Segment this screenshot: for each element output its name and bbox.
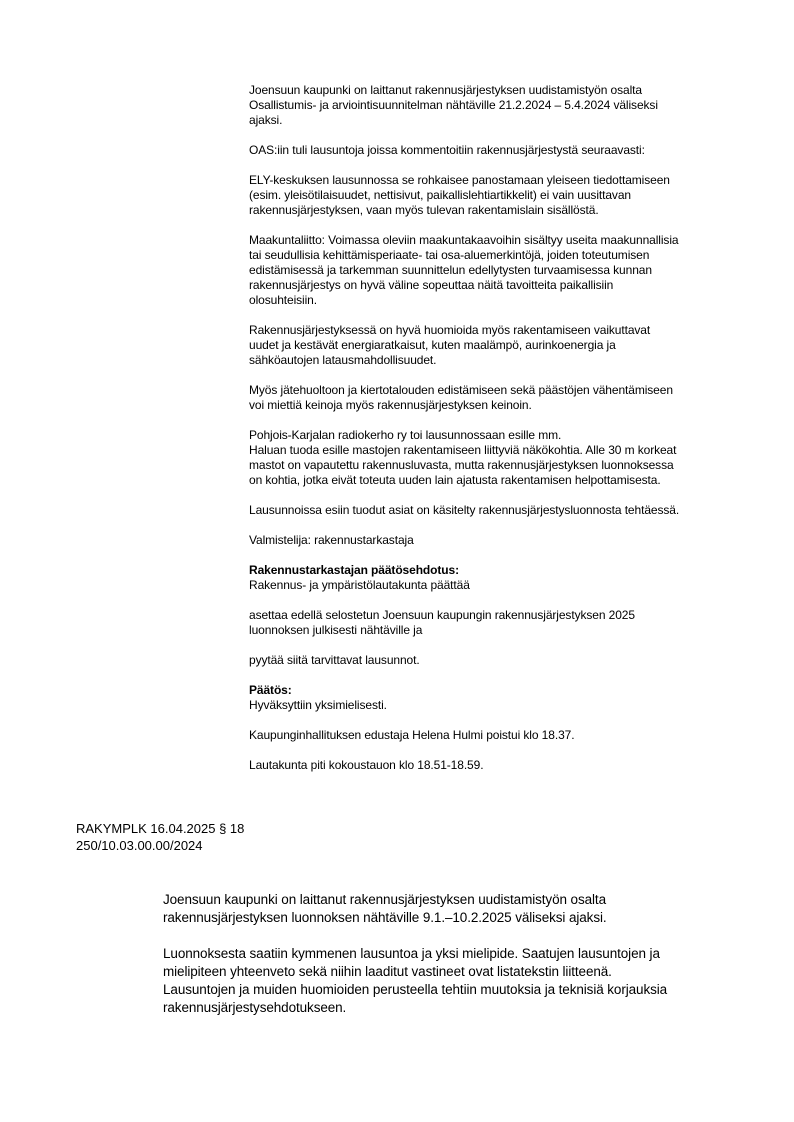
decision-block: Päätös: Hyväksyttiin yksimielisesti. [249,683,749,713]
proposal-item-2: pyytää siitä tarvittavat lausunnot. [249,653,749,668]
text-line: rakennusjärjestyksen luonnoksen nähtävil… [163,909,733,927]
text-line: Joensuun kaupunki on laittanut rakennusj… [163,891,733,909]
radio-club-paragraph: Pohjois-Karjalan radiokerho ry toi lausu… [249,428,749,488]
intro-paragraph: Joensuun kaupunki on laittanut rakennusj… [249,83,749,128]
proposal-item-1: asettaa edellä selostetun Joensuun kaupu… [249,608,749,638]
waste-paragraph: Myös jätehuoltoon ja kiertotalouden edis… [249,383,749,413]
case-number: 250/10.03.00.00/2024 [76,837,244,854]
text-line: Kaupunginhallituksen edustaja Helena Hul… [249,728,749,743]
text-line: voi miettiä keinoja myös rakennusjärjest… [249,398,749,413]
oas-intro-paragraph: OAS:iin tuli lausuntoja joissa kommentoi… [249,143,749,158]
handled-paragraph: Lausunnoissa esiin tuodut asiat on käsit… [249,503,749,518]
decision-text: Hyväksyttiin yksimielisesti. [249,698,749,713]
text-line: Rakennusjärjestyksessä on hyvä huomioida… [249,323,749,338]
text-line: ELY-keskuksen lausunnossa se rohkaisee p… [249,173,749,188]
text-line: OAS:iin tuli lausuntoja joissa kommentoi… [249,143,749,158]
proposal-block: Rakennustarkastajan päätösehdotus: Raken… [249,563,749,593]
text-line: Valmistelija: rakennustarkastaja [249,533,749,548]
text-line: rakennusjärjestys on hyvä väline sopeutt… [249,278,749,293]
text-line: pyytää siitä tarvittavat lausunnot. [249,653,749,668]
text-line: olosuhteisiin. [249,293,749,308]
proposal-heading: Rakennustarkastajan päätösehdotus: [249,563,749,578]
text-line: rakennusjärjestysehdotukseen. [163,999,733,1017]
text-line: Lausunnoissa esiin tuodut asiat on käsit… [249,503,749,518]
text-line: mastot on vapautettu rakennusluvasta, mu… [249,458,749,473]
current-meeting-section: Joensuun kaupunki on laittanut rakennusj… [163,891,733,1035]
text-line: Maakuntaliitto: Voimassa oleviin maakunt… [249,233,749,248]
text-line: on kohtia, jotka eivät toteuta uuden lai… [249,473,749,488]
text-line: tai seudullisia kehittämisperiaate- tai … [249,248,749,263]
text-line: rakennusjärjestyksen, vaan myös tulevan … [249,203,749,218]
text-line: Pohjois-Karjalan radiokerho ry toi lausu… [249,428,749,443]
text-line: mielipiteen yhteenveto sekä niihin laadi… [163,963,733,981]
text-line: edistämisessä ja tarkemman suunnittelun … [249,263,749,278]
text-line: uudet ja kestävät energiaratkaisut, kute… [249,338,749,353]
text-line: sähköautojen latausmahdollisuudet. [249,353,749,368]
text-line: luonnoksen julkisesti nähtäville ja [249,623,749,638]
text-line: asettaa edellä selostetun Joensuun kaupu… [249,608,749,623]
text-line: Myös jätehuoltoon ja kiertotalouden edis… [249,383,749,398]
text-line: Rakennus- ja ympäristölautakunta päättää [249,578,749,593]
draft-exhibition-paragraph: Joensuun kaupunki on laittanut rakennusj… [163,891,733,927]
text-line: Lausuntojen ja muiden huomioiden peruste… [163,981,733,999]
ely-paragraph: ELY-keskuksen lausunnossa se rohkaisee p… [249,173,749,218]
text-line: Joensuun kaupunki on laittanut rakennusj… [249,83,749,98]
preparer-line: Valmistelija: rakennustarkastaja [249,533,749,548]
meeting-reference: RAKYMPLK 16.04.2025 § 18 250/10.03.00.00… [76,820,244,854]
maakuntaliitto-paragraph: Maakuntaliitto: Voimassa oleviin maakunt… [249,233,749,308]
feedback-paragraph: Luonnoksesta saatiin kymmenen lausuntoa … [163,945,733,1017]
member-left-note: Kaupunginhallituksen edustaja Helena Hul… [249,728,749,743]
text-line: Luonnoksesta saatiin kymmenen lausuntoa … [163,945,733,963]
text-line: Lautakunta piti kokoustauon klo 18.51-18… [249,758,749,773]
decision-heading: Päätös: [249,683,749,698]
text-line: Osallistumis- ja arviointisuunnitelman n… [249,98,749,113]
text-line: (esim. yleisötilaisuudet, nettisivut, pa… [249,188,749,203]
energy-paragraph: Rakennusjärjestyksessä on hyvä huomioida… [249,323,749,368]
text-line: Haluan tuoda esille mastojen rakentamise… [249,443,749,458]
previous-meeting-section: Joensuun kaupunki on laittanut rakennusj… [249,83,749,773]
meeting-id: RAKYMPLK 16.04.2025 § 18 [76,820,244,837]
text-line: ajaksi. [249,113,749,128]
break-note: Lautakunta piti kokoustauon klo 18.51-18… [249,758,749,773]
